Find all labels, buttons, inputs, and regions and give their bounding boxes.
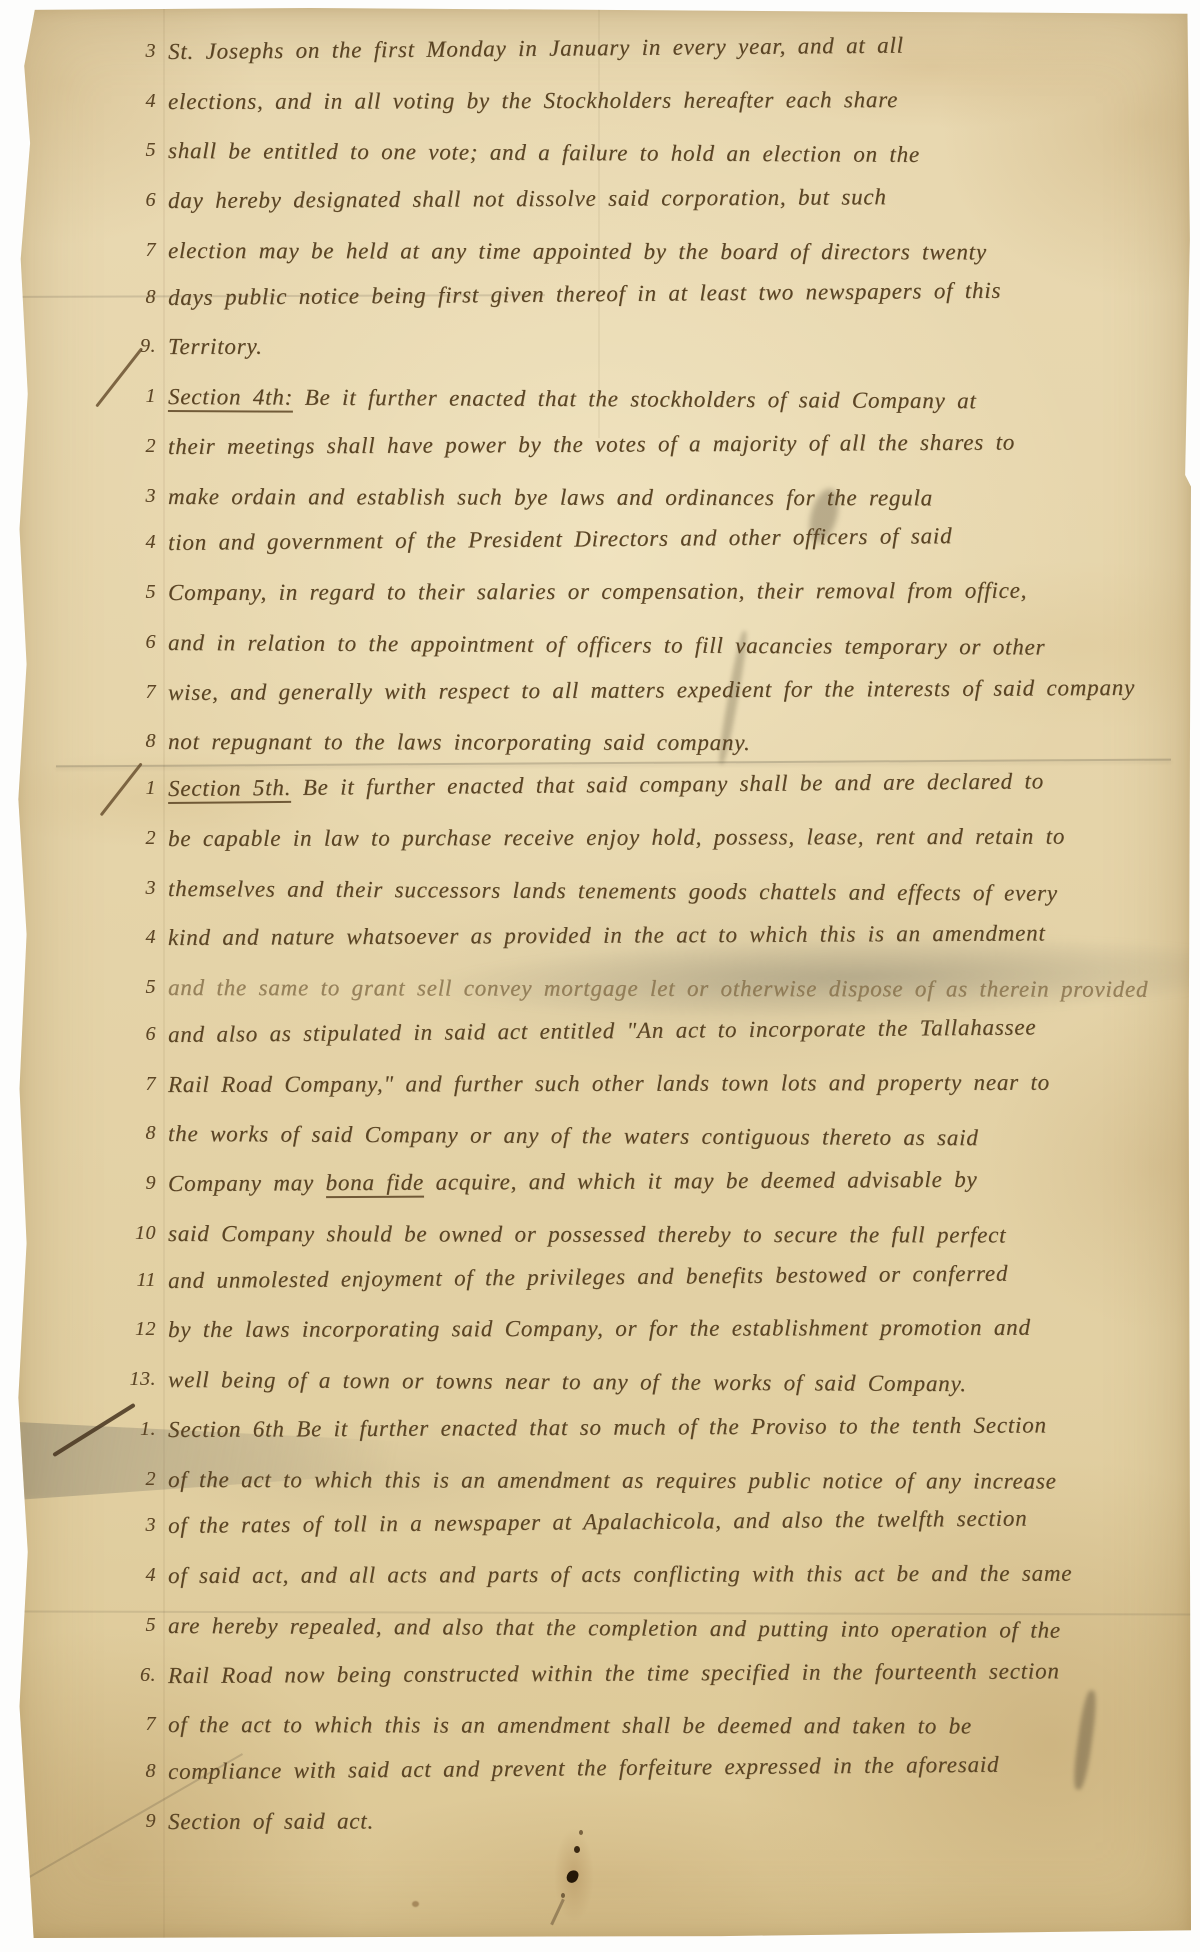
line-number: 4 [112,77,156,126]
line-number: 3 [112,27,156,76]
line-text: day hereby designated shall not dissolve… [168,172,887,225]
line-text: days public notice being first given the… [168,265,1002,321]
line-number: 4 [112,518,156,567]
manuscript-line: 4of said act, and all acts and parts of … [16,1551,1191,1600]
line-number: 13. [112,1355,156,1404]
manuscript-line: 8compliance with said act and prevent th… [16,1747,1191,1796]
manuscript-line: 1Section 5th. Be it further enacted that… [16,764,1191,813]
manuscript-line: 4elections, and in all voting by the Sto… [16,77,1191,126]
line-number: 1. [112,1405,156,1454]
manuscript-line: 2their meetings shall have power by the … [16,422,1191,471]
manuscript-line: 6and in relation to the appointment of o… [16,618,1191,667]
line-text: compliance with said act and prevent the… [168,1740,1000,1796]
line-text: kind and nature whatsoever as provided i… [168,909,1046,963]
line-text: Company may bona fide acquire, and which… [168,1155,978,1208]
manuscript-line: 6.Rail Road now being constructed within… [16,1651,1191,1700]
line-number: 9. [112,322,156,371]
line-number: 3 [112,864,156,913]
manuscript-line: 1.Section 6th Be it further enacted that… [16,1405,1191,1454]
line-text: tion and government of the President Dir… [168,511,953,567]
manuscript-line: 3make ordain and establish such bye laws… [16,472,1191,521]
line-number: 3 [112,1501,156,1550]
manuscript-text: 3St. Josephs on the first Monday in Janu… [16,8,1191,1938]
line-text: elections, and in all voting by the Stoc… [168,75,898,126]
line-number: 6 [112,618,156,667]
line-text: Rail Road now being constructed within t… [168,1646,1060,1700]
manuscript-line: 6day hereby designated shall not dissolv… [16,176,1191,225]
manuscript-page: 3St. Josephs on the first Monday in Janu… [16,8,1191,1938]
manuscript-line: 7wise, and generally with respect to all… [16,668,1191,717]
underlined-text: Section 4th: [168,384,293,413]
manuscript-line: 8days public notice being first given th… [16,273,1191,322]
line-number: 7 [112,668,156,717]
line-number: 5 [112,963,156,1012]
manuscript-line: 6and also as stipulated in said act enti… [16,1010,1191,1059]
line-text: Company, in regard to their salaries or … [168,566,1027,617]
line-number: 8 [112,1109,156,1158]
manuscript-line: 7of the act to which this is an amendmen… [16,1700,1191,1749]
manuscript-line: 4tion and government of the President Di… [16,518,1191,567]
line-text: of said act, and all acts and parts of a… [168,1549,1072,1600]
manuscript-line: 1Section 4th: Be it further enacted that… [16,372,1191,421]
line-number: 1 [112,764,156,813]
line-number: 12 [112,1305,156,1354]
line-number: 9 [112,1159,156,1208]
manuscript-line: 12by the laws incorporating said Company… [16,1305,1191,1354]
line-text: Section 6th Be it further enacted that s… [168,1400,1047,1454]
line-text: and unmolested enjoyment of the privileg… [168,1248,1009,1304]
line-text: their meetings shall have power by the v… [168,417,1015,470]
line-number: 2 [112,1455,156,1504]
line-number: 4 [112,913,156,962]
line-number: 5 [112,1601,156,1650]
line-number: 6 [112,1010,156,1059]
line-number: 5 [112,568,156,617]
line-text: Section of said act. [168,1796,374,1846]
manuscript-line: 5Company, in regard to their salaries or… [16,568,1191,617]
line-number: 7 [112,226,156,275]
line-number: 1 [112,372,156,421]
line-number: 5 [112,126,156,175]
manuscript-line: 9Section of said act. [16,1797,1191,1846]
line-number: 10 [112,1209,156,1258]
line-text: wise, and generally with respect to all … [168,662,1135,716]
manuscript-line: 10said Company should be owned or posses… [16,1209,1191,1258]
manuscript-line: 9.Territory. [16,322,1191,371]
manuscript-line: 3St. Josephs on the first Monday in Janu… [16,27,1191,76]
line-text: shall be entitled to one vote; and a fai… [168,126,920,179]
line-number: 8 [112,1747,156,1796]
line-number: 9 [112,1797,156,1846]
line-number: 6. [112,1651,156,1700]
manuscript-line: 2be capable in law to purchase receive e… [16,814,1191,863]
line-number: 7 [112,1700,156,1749]
line-number: 2 [112,814,156,863]
line-text: Territory. [168,322,263,371]
line-number: 3 [112,472,156,521]
line-number: 2 [112,422,156,471]
line-text: Section 5th. Be it further enacted that … [168,756,1044,813]
manuscript-line: 13.well being of a town or towns near to… [16,1355,1191,1404]
manuscript-line: 5shall be entitled to one vote; and a fa… [16,126,1191,175]
line-number: 4 [112,1551,156,1600]
scanned-document: 3St. Josephs on the first Monday in Janu… [0,0,1200,1952]
manuscript-line: 4kind and nature whatsoever as provided … [16,913,1191,962]
line-text: St. Josephs on the first Monday in Janua… [168,20,904,75]
line-text: of the rates of toll in a newspaper at A… [168,1494,1028,1550]
underlined-text: bona fide [326,1170,425,1199]
line-number: 6 [112,176,156,225]
manuscript-line: 9Company may bona fide acquire, and whic… [16,1159,1191,1208]
line-number: 11 [112,1256,156,1305]
line-text: well being of a town or towns near to an… [168,1355,967,1408]
manuscript-line: 7election may be held at any time appoin… [16,226,1191,275]
line-number: 7 [112,1060,156,1109]
line-text: Section 4th: Be it further enacted that … [168,372,977,425]
manuscript-line: 3of the rates of toll in a newspaper at … [16,1501,1191,1550]
line-number: 8 [112,717,156,766]
underlined-text: Section 5th. [168,775,291,804]
manuscript-line: 8the works of said Company or any of the… [16,1109,1191,1158]
manuscript-line: 7Rail Road Company," and further such ot… [16,1060,1191,1109]
line-text: by the laws incorporating said Company, … [168,1303,1031,1354]
line-number: 8 [112,273,156,322]
line-text: Rail Road Company," and further such oth… [168,1057,1050,1108]
manuscript-line: 11and unmolested enjoyment of the privil… [16,1256,1191,1305]
manuscript-line: 5are hereby repealed, and also that the … [16,1601,1191,1650]
line-text: be capable in law to purchase receive en… [168,811,1065,862]
manuscript-line: 3themselves and their successors lands t… [16,864,1191,913]
line-text: and also as stipulated in said act entit… [168,1002,1037,1059]
